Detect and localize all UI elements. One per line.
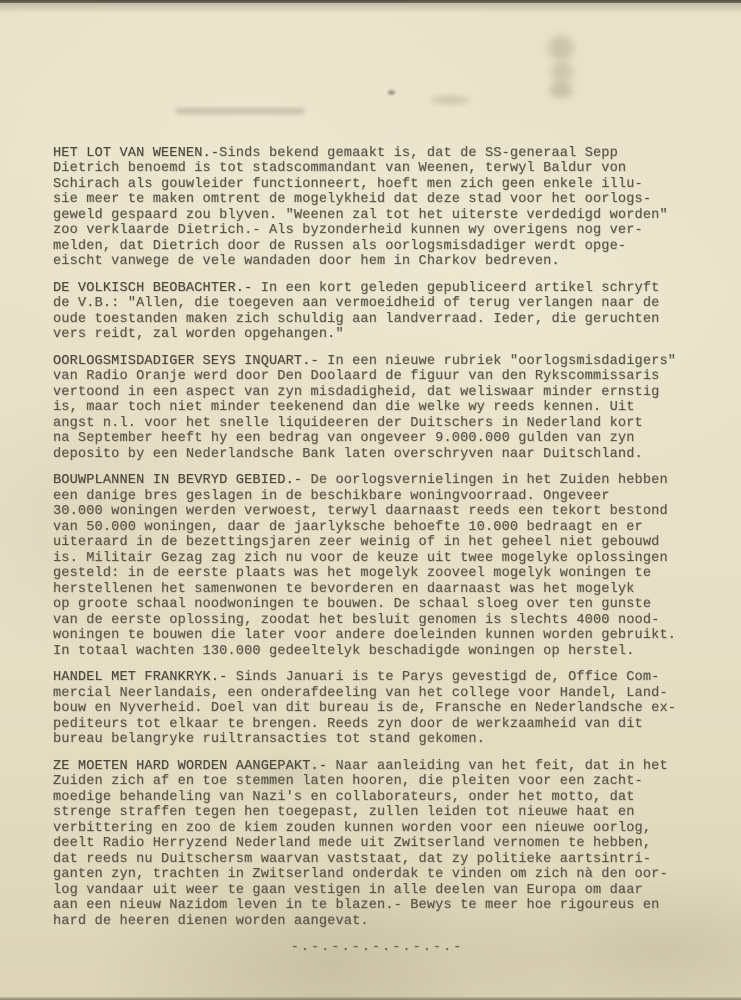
text-line: zoo verklaarde Dietrich.- Als byzonderhe… — [53, 223, 701, 239]
text-line: vertoond in een aspect van zyn misdadigh… — [53, 385, 701, 401]
paragraph-header: DE VOLKISCH BEOBACHTER.- — [53, 281, 252, 296]
ghost-mark — [551, 62, 573, 82]
paragraph-first-line: DE VOLKISCH BEOBACHTER.- In een kort gel… — [53, 281, 701, 297]
text-line: hard de heeren dienen worden aangevat. — [53, 914, 701, 930]
paragraph: HET LOT VAN WEENEN.-Sinds bekend gemaakt… — [53, 146, 701, 270]
text-line: is. Militair Gezag zag zich nu voor de k… — [53, 551, 701, 567]
text-line: pediteurs tot elkaar te brengen. Reeds z… — [53, 717, 701, 733]
paragraph-header: BOUWPLANNEN IN BEVRYD GEBIED.- — [53, 473, 302, 488]
text-line: aan een nieuw Nazidom leven in te blazen… — [53, 898, 701, 914]
text-line: uiteraard in de bezettingsjaren zeer wei… — [53, 535, 701, 551]
paragraph: OORLOGSMISDADIGER SEYS INQUART.- In een … — [53, 354, 701, 463]
paragraph: BOUWPLANNEN IN BEVRYD GEBIED.- De oorlog… — [53, 473, 701, 659]
ghost-mark — [548, 36, 574, 60]
paragraph-text: Naar aanleiding van het feit, dat in het — [327, 759, 668, 774]
paragraph-first-line: HANDEL MET FRANKRYK.- Sinds Januari is t… — [53, 670, 701, 686]
text-line: In totaal wachten 130.000 gedeeltelyk be… — [53, 644, 701, 660]
text-line: een danige bres geslagen in de beschikba… — [53, 489, 701, 505]
paragraph-text: De oorlogsvernielingen in het Zuiden heb… — [302, 473, 668, 488]
paragraph-first-line: BOUWPLANNEN IN BEVRYD GEBIED.- De oorlog… — [53, 473, 701, 489]
text-line: log vandaar uit weer te gaan vestigen in… — [53, 883, 701, 899]
paragraph-first-line: OORLOGSMISDADIGER SEYS INQUART.- In een … — [53, 354, 701, 370]
paragraph-text: Sinds bekend gemaakt is, dat de SS-gener… — [219, 146, 618, 161]
paragraph-first-line: ZE MOETEN HARD WORDEN AANGEPAKT.- Naar a… — [53, 759, 701, 775]
text-line: deelt Radio Herryzend Nederland mede uit… — [53, 836, 701, 852]
text-line: sie meer te maken omtrent de mogelykheid… — [53, 192, 701, 208]
text-line: 30.000 woningen werden verwoest, terwyl … — [53, 504, 701, 520]
paragraph: DE VOLKISCH BEOBACHTER.- In een kort gel… — [53, 281, 701, 343]
paragraph-header: ZE MOETEN HARD WORDEN AANGEPAKT.- — [53, 759, 327, 774]
text-line: Schirach als gouwleider functionneert, h… — [53, 177, 701, 193]
paragraph-header: HET LOT VAN WEENEN.- — [53, 146, 219, 161]
text-line: op groote schaal noodwoningen te bouwen.… — [53, 597, 701, 613]
paragraph-text: In een nieuwe rubriek "oorlogsmisdadiger… — [319, 354, 676, 369]
text-line: bouw en Nyverheid. Doel van dit bureau i… — [53, 701, 701, 717]
text-line: de V.B.: "Allen, die toegeven aan vermoe… — [53, 296, 701, 312]
text-line: geweld gespaard zou blyven. "Weenen zal … — [53, 208, 701, 224]
section-separator: -.-.-.-.-.-.-.-.- — [53, 940, 701, 956]
text-line: Dietrich benoemd is tot stadscommandant … — [53, 161, 701, 177]
paragraph-header: OORLOGSMISDADIGER SEYS INQUART.- — [53, 354, 319, 369]
text-line: woningen te bouwen die later voor andere… — [53, 628, 701, 644]
text-line: van de eerste oplossing, zoodat het besl… — [53, 613, 701, 629]
paragraph: ZE MOETEN HARD WORDEN AANGEPAKT.- Naar a… — [53, 759, 701, 930]
text-line: verbittering en zoo de kiem zouden kunne… — [53, 821, 701, 837]
text-line: gesteld: in de eerste plaats was het mog… — [53, 566, 701, 582]
text-line: melden, dat Dietrich door de Russen als … — [53, 239, 701, 255]
text-line: ganten zyn, trachten in Zwitserland onde… — [53, 867, 701, 883]
typewritten-text-block: HET LOT VAN WEENEN.-Sinds bekend gemaakt… — [53, 99, 701, 956]
text-line: mercial Neerlandais, een onderafdeeling … — [53, 686, 701, 702]
text-line: van 50.000 woningen, daar de jaarlyksche… — [53, 520, 701, 536]
text-line: Zuiden zich af en toe stemmen laten hoor… — [53, 774, 701, 790]
paragraph-text: In een kort geleden gepubliceerd artikel… — [252, 281, 659, 296]
paragraph: HANDEL MET FRANKRYK.- Sinds Januari is t… — [53, 670, 701, 748]
paragraph-first-line: HET LOT VAN WEENEN.-Sinds bekend gemaakt… — [53, 146, 701, 162]
ink-speck — [388, 90, 395, 95]
text-line: van Radio Oranje werd door Den Doolaard … — [53, 369, 701, 385]
paragraph-header: HANDEL MET FRANKRYK.- — [53, 670, 227, 685]
text-line: deposito by een Nederlandsche Bank laten… — [53, 447, 701, 463]
text-line: na September heeft hy een bedrag van ong… — [53, 431, 701, 447]
text-line: dat reeds nu Duitschersm waarvan vaststa… — [53, 852, 701, 868]
text-line: vers reidt, zal worden opgehangen." — [53, 327, 701, 343]
text-line: herstellenen het samenwonen te bevordere… — [53, 582, 701, 598]
scan-top-edge-shadow — [0, 3, 741, 13]
scanned-document-page: HET LOT VAN WEENEN.-Sinds bekend gemaakt… — [0, 0, 741, 1000]
text-line: strenge straffen tegen hen toegepast, zu… — [53, 805, 701, 821]
text-line: bureau belangryke ruiltransacties tot st… — [53, 732, 701, 748]
text-line: eischt vanwege de vele wandaden door hem… — [53, 254, 701, 270]
ghost-mark — [549, 82, 573, 98]
text-line: oude toestanden maken zich schuldig aan … — [53, 312, 701, 328]
text-line: is, maar toch niet minder teekenend dan … — [53, 400, 701, 416]
text-line: angst n.l. voor het snelle liquideeren d… — [53, 416, 701, 432]
paragraph-text: Sinds Januari is te Parys gevestigd de, … — [227, 670, 659, 685]
text-line: moedige behandeling van Nazi's en collab… — [53, 790, 701, 806]
